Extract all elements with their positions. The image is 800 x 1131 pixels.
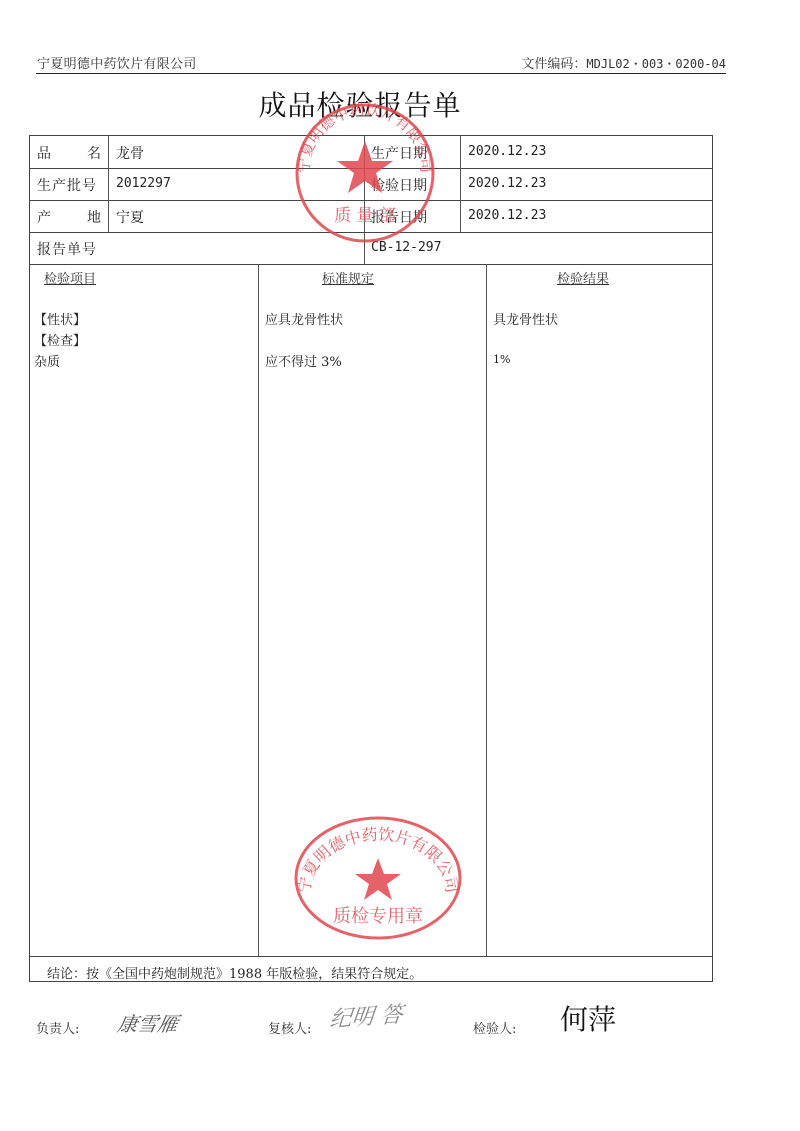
report-no-value: CB-12-297 (371, 240, 441, 255)
header-rule (36, 73, 726, 74)
origin-value: 宁夏 (116, 207, 144, 227)
production-date-value: 2020.12.23 (468, 144, 546, 159)
production-date-label: 生产日期 (371, 143, 427, 163)
col-header-result: 检验结果 (557, 268, 609, 287)
batch-value: 2012297 (116, 176, 171, 191)
reviewer-signature: 纪明 答 (328, 997, 404, 1033)
inspector-signature: 何萍 (560, 998, 616, 1038)
row-divider (30, 168, 712, 169)
origin-label: 产地 (37, 207, 101, 227)
responsible-label: 负责人: (36, 1018, 79, 1037)
col-divider (364, 136, 365, 264)
page-title: 成品检验报告单 (0, 84, 720, 124)
col-header-item: 检验项目 (44, 268, 96, 287)
standard-appearance: 应具龙骨性状 (265, 309, 343, 328)
responsible-signature: 康雪雁 (115, 1008, 180, 1037)
item-impurity: 杂质 (34, 351, 60, 370)
report-date-label: 报告日期 (371, 207, 427, 227)
product-name-value: 龙骨 (116, 143, 144, 163)
conclusion-text: 结论：按《全国中药炮制规范》1988 年版检验，结果符合规定。 (47, 963, 422, 982)
document-code: 文件编码：MDJL02・003・0200-04 (521, 53, 726, 72)
company-name: 宁夏明德中药饮片有限公司 (37, 53, 197, 72)
report-no-label: 报告单号 (37, 239, 97, 259)
row-divider (30, 264, 712, 265)
col-divider (460, 136, 461, 232)
row-divider (30, 232, 712, 233)
reviewer-label: 复核人: (268, 1018, 311, 1037)
conclusion-divider (30, 956, 712, 957)
product-name-label: 品名 (37, 143, 101, 163)
item-inspection: 【检查】 (34, 330, 86, 349)
item-appearance: 【性状】 (34, 309, 86, 328)
report-date-value: 2020.12.23 (468, 208, 546, 223)
col-divider (258, 264, 259, 956)
inspection-date-value: 2020.12.23 (468, 176, 546, 191)
result-impurity: 1% (493, 353, 510, 366)
document-code-label: 文件编码： (521, 57, 586, 72)
row-divider (30, 200, 712, 201)
batch-label: 生产批号 (37, 175, 97, 195)
inspection-date-label: 检验日期 (371, 175, 427, 195)
result-appearance: 具龙骨性状 (493, 309, 558, 328)
col-divider (108, 136, 109, 232)
standard-impurity: 应不得过 3% (265, 351, 342, 370)
inspector-label: 检验人: (473, 1018, 516, 1037)
col-divider (486, 264, 487, 956)
report-table: 品名 龙骨 生产日期 2020.12.23 生产批号 2012297 检验日期 … (29, 135, 713, 982)
document-code-value: MDJL02・003・0200-04 (586, 57, 726, 71)
col-header-standard: 标准规定 (322, 268, 374, 287)
